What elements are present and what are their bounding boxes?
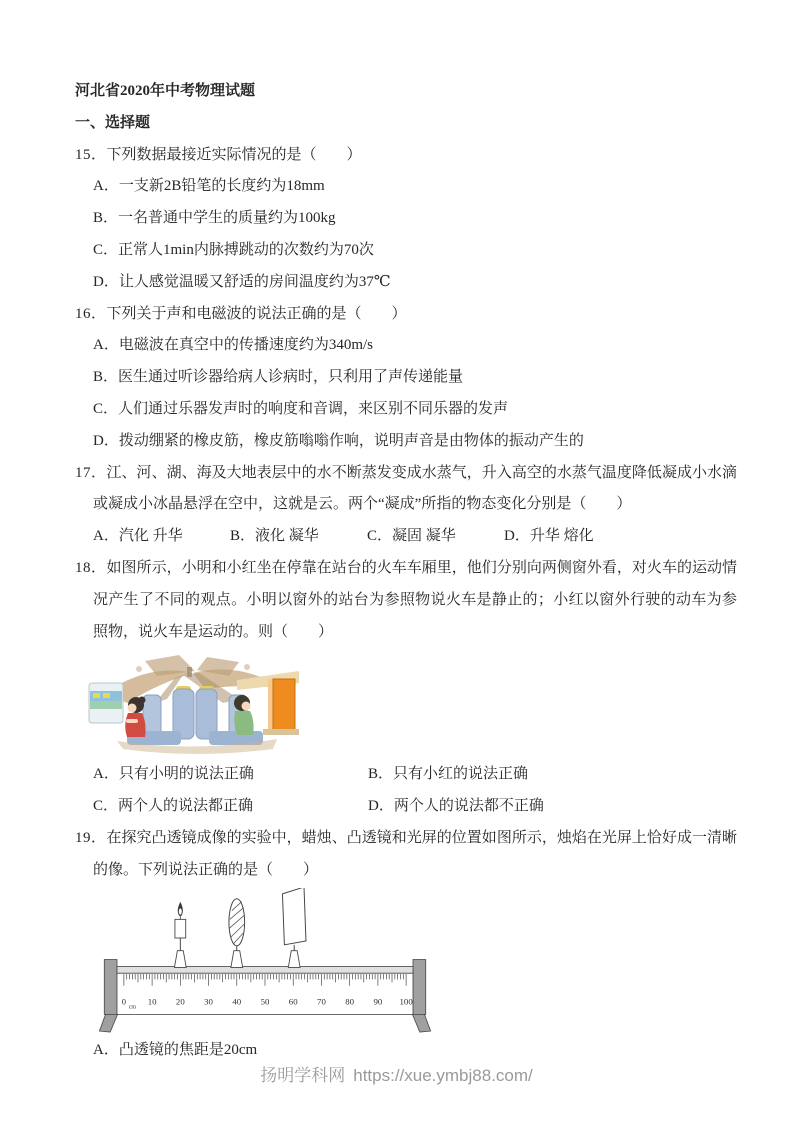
question-number: 15．: [75, 147, 107, 163]
svg-text:100: 100: [400, 996, 414, 1006]
option-item: A．只有小明的说法正确: [93, 759, 368, 791]
lens-group: [229, 898, 245, 967]
optical-bench-illustration: 0102030405060708090100 cm: [95, 888, 435, 1035]
option-item: A．一支新2B铅笔的长度约为18mm: [75, 171, 737, 203]
question-stem: 19．在探究凸透镜成像的实验中，蜡烛、凸透镜和光屏的位置如图所示，烛焰在光屏上恰…: [75, 823, 737, 887]
candle-group: [174, 901, 186, 967]
train-cabin-figure: [87, 653, 302, 756]
svg-text:10: 10: [148, 996, 157, 1006]
site-name: 扬明学科网: [260, 1066, 345, 1085]
option-row: C．两个人的说法都正确D．两个人的说法都不正确: [75, 791, 737, 823]
question-text: 在探究凸透镜成像的实验中，蜡烛、凸透镜和光屏的位置如图所示，烛焰在光屏上恰好成一…: [93, 830, 737, 878]
svg-text:0: 0: [122, 996, 127, 1006]
svg-text:20: 20: [176, 996, 185, 1006]
question-text: 如图所示，小明和小红坐在停靠在站台的火车车厢里，他们分别向两侧窗外看，对火车的运…: [93, 560, 737, 640]
option-item: C．正常人1min内脉搏跳动的次数约为70次: [75, 235, 737, 267]
left-window: [89, 683, 123, 723]
option-item: B．液化 凝华: [230, 521, 367, 553]
document-title: 河北省2020年中考物理试题: [75, 76, 737, 108]
screen-group: [282, 888, 306, 967]
question-number: 17．: [75, 465, 107, 481]
question-18: 18．如图所示，小明和小红坐在停靠在站台的火车车厢里，他们分别向两侧窗外看，对火…: [75, 553, 737, 823]
question-stem: 16．下列关于声和电磁波的说法正确的是（ ）: [75, 299, 737, 331]
option-item: B．医生通过听诊器给病人诊病时，只利用了声传递能量: [75, 362, 737, 394]
svg-text:80: 80: [345, 996, 354, 1006]
svg-text:60: 60: [289, 996, 298, 1006]
watermark-footer: 扬明学科网https://xue.ymbj88.com/: [0, 1061, 793, 1086]
option-item: B．一名普通中学生的质量约为100kg: [75, 203, 737, 235]
section-heading: 一、选择题: [75, 108, 737, 140]
question-text: 下列数据最接近实际情况的是（ ）: [107, 147, 362, 163]
question-17: 17．江、河、湖、海及大地表层中的水不断蒸发变成水蒸气，升入高空的水蒸气温度降低…: [75, 458, 737, 553]
question-stem: 15．下列数据最接近实际情况的是（ ）: [75, 140, 737, 172]
passenger-right-boy: [234, 695, 254, 735]
option-item: A．电磁波在真空中的传播速度约为340m/s: [75, 330, 737, 362]
question-19: 19．在探究凸透镜成像的实验中，蜡烛、凸透镜和光屏的位置如图所示，烛焰在光屏上恰…: [75, 823, 737, 1066]
question-stem: 18．如图所示，小明和小红坐在停靠在站台的火车车厢里，他们分别向两侧窗外看，对火…: [75, 553, 737, 648]
question-text: 下列关于声和电磁波的说法正确的是（ ）: [107, 306, 407, 322]
ruler-unit-label: cm: [129, 1004, 137, 1010]
option-item: C．凝固 凝华: [367, 521, 504, 553]
option-item: A．汽化 升华: [93, 521, 230, 553]
option-row: A．只有小明的说法正确B．只有小红的说法正确: [75, 759, 737, 791]
svg-text:40: 40: [232, 996, 241, 1006]
svg-text:90: 90: [373, 996, 382, 1006]
question-number: 16．: [75, 306, 107, 322]
question-number: 18．: [75, 560, 107, 576]
site-url: https://xue.ymbj88.com/: [353, 1066, 533, 1085]
question-text: 江、河、湖、海及大地表层中的水不断蒸发变成水蒸气，升入高空的水蒸气温度降低凝成小…: [93, 465, 737, 513]
optical-bench-figure: 0102030405060708090100 cm: [95, 888, 435, 1035]
passenger-left-girl: [125, 697, 145, 738]
svg-text:30: 30: [204, 996, 213, 1006]
svg-text:50: 50: [261, 996, 270, 1006]
option-item: D．升华 熔化: [504, 521, 594, 553]
exam-page: 河北省2020年中考物理试题 一、选择题 15．下列数据最接近实际情况的是（ ）…: [0, 0, 793, 1066]
option-item: C．两个人的说法都正确: [93, 791, 368, 823]
option-item: D．让人感觉温暖又舒适的房间温度约为37℃: [75, 267, 737, 299]
option-item: D．拨动绷紧的橡皮筋，橡皮筋嗡嗡作响，说明声音是由物体的振动产生的: [75, 426, 737, 458]
option-item: B．只有小红的说法正确: [368, 766, 528, 782]
option-row: A．汽化 升华B．液化 凝华C．凝固 凝华D．升华 熔化: [75, 521, 737, 553]
svg-text:70: 70: [317, 996, 326, 1006]
option-item: C．人们通过乐器发声时的响度和音调，来区别不同乐器的发声: [75, 394, 737, 426]
question-16: 16．下列关于声和电磁波的说法正确的是（ ） A．电磁波在真空中的传播速度约为3…: [75, 299, 737, 458]
question-15: 15．下列数据最接近实际情况的是（ ） A．一支新2B铅笔的长度约为18mm B…: [75, 140, 737, 299]
question-number: 19．: [75, 830, 107, 846]
train-cabin-illustration: [87, 653, 302, 756]
question-stem: 17．江、河、湖、海及大地表层中的水不断蒸发变成水蒸气，升入高空的水蒸气温度降低…: [75, 458, 737, 522]
option-item: D．两个人的说法都不正确: [368, 798, 544, 814]
